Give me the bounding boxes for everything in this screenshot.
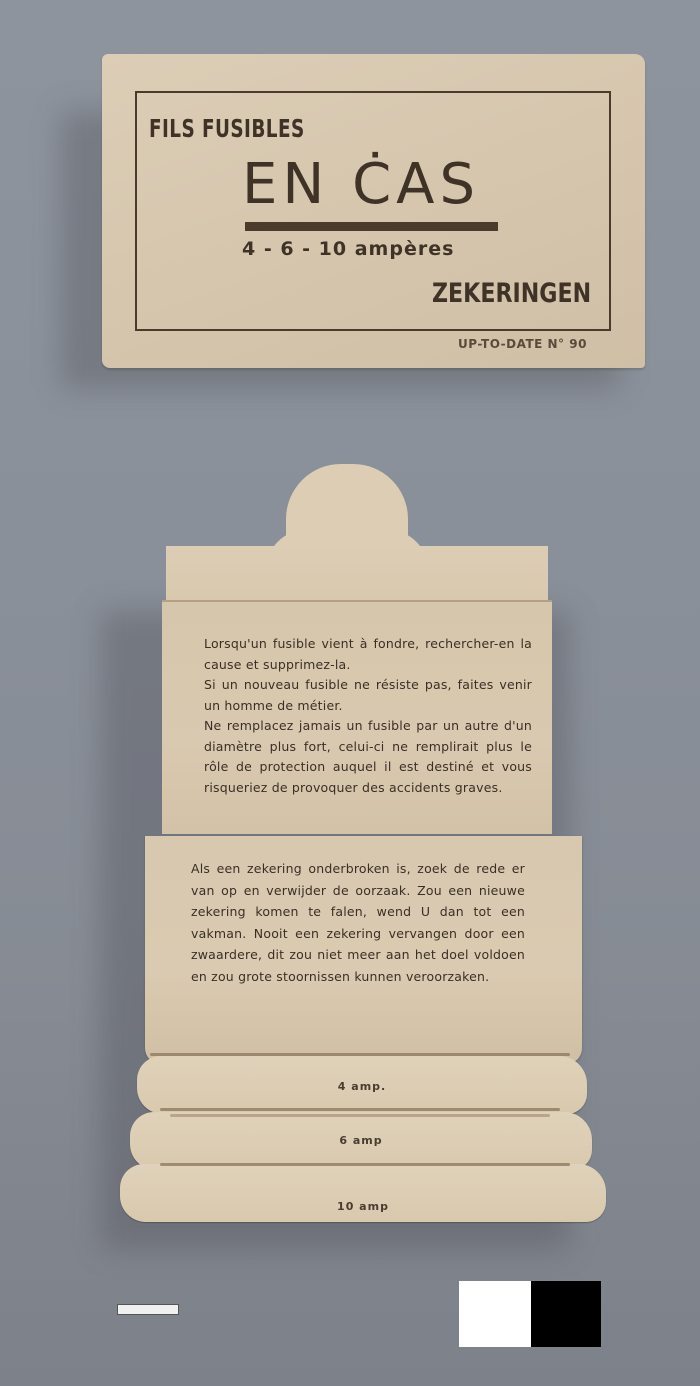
envelope-title-dutch: ZEKERINGEN [432, 278, 591, 309]
envelope-ampere-ratings: 4 - 6 - 10 ampères [242, 238, 454, 260]
envelope-title-french: FILS FUSIBLES [149, 114, 305, 143]
envelope-underline-rule [245, 222, 498, 231]
envelope-maker-mark: UP-TO-DATE N° 90 [458, 337, 587, 351]
spool-label: 4 amp. [137, 1080, 587, 1093]
instructions-dutch: Als een zekering onderbroken is, zoek de… [191, 858, 525, 987]
instructions-french: Lorsqu'un fusible vient à fondre, recher… [204, 634, 532, 798]
inventory-tag [117, 1304, 179, 1315]
fuse-wire [160, 1108, 560, 1111]
white-reference-swatch [459, 1281, 531, 1347]
envelope-brand-name: EN ĊAS [242, 152, 480, 217]
spool-4-amp: 4 amp. [137, 1056, 587, 1114]
instruction-fr-1: Lorsqu'un fusible vient à fondre, recher… [204, 634, 532, 675]
instruction-fr-3: Ne remplacez jamais un fusible par un au… [204, 716, 532, 798]
fuse-wire [160, 1163, 570, 1166]
spool-10-amp: 10 amp [120, 1164, 606, 1222]
spool-6-amp: 6 amp [130, 1112, 592, 1170]
instruction-nl: Als een zekering onderbroken is, zoek de… [191, 858, 525, 987]
spool-label: 6 amp [130, 1134, 592, 1147]
black-reference-swatch [531, 1281, 601, 1347]
fuse-wire [170, 1114, 550, 1117]
spool-label: 10 amp [120, 1200, 606, 1213]
instruction-fr-2: Si un nouveau fusible ne résiste pas, fa… [204, 675, 532, 716]
fuse-wire [150, 1053, 570, 1056]
fuse-wire-envelope: FILS FUSIBLES EN ĊAS 4 - 6 - 10 ampères … [102, 54, 645, 368]
